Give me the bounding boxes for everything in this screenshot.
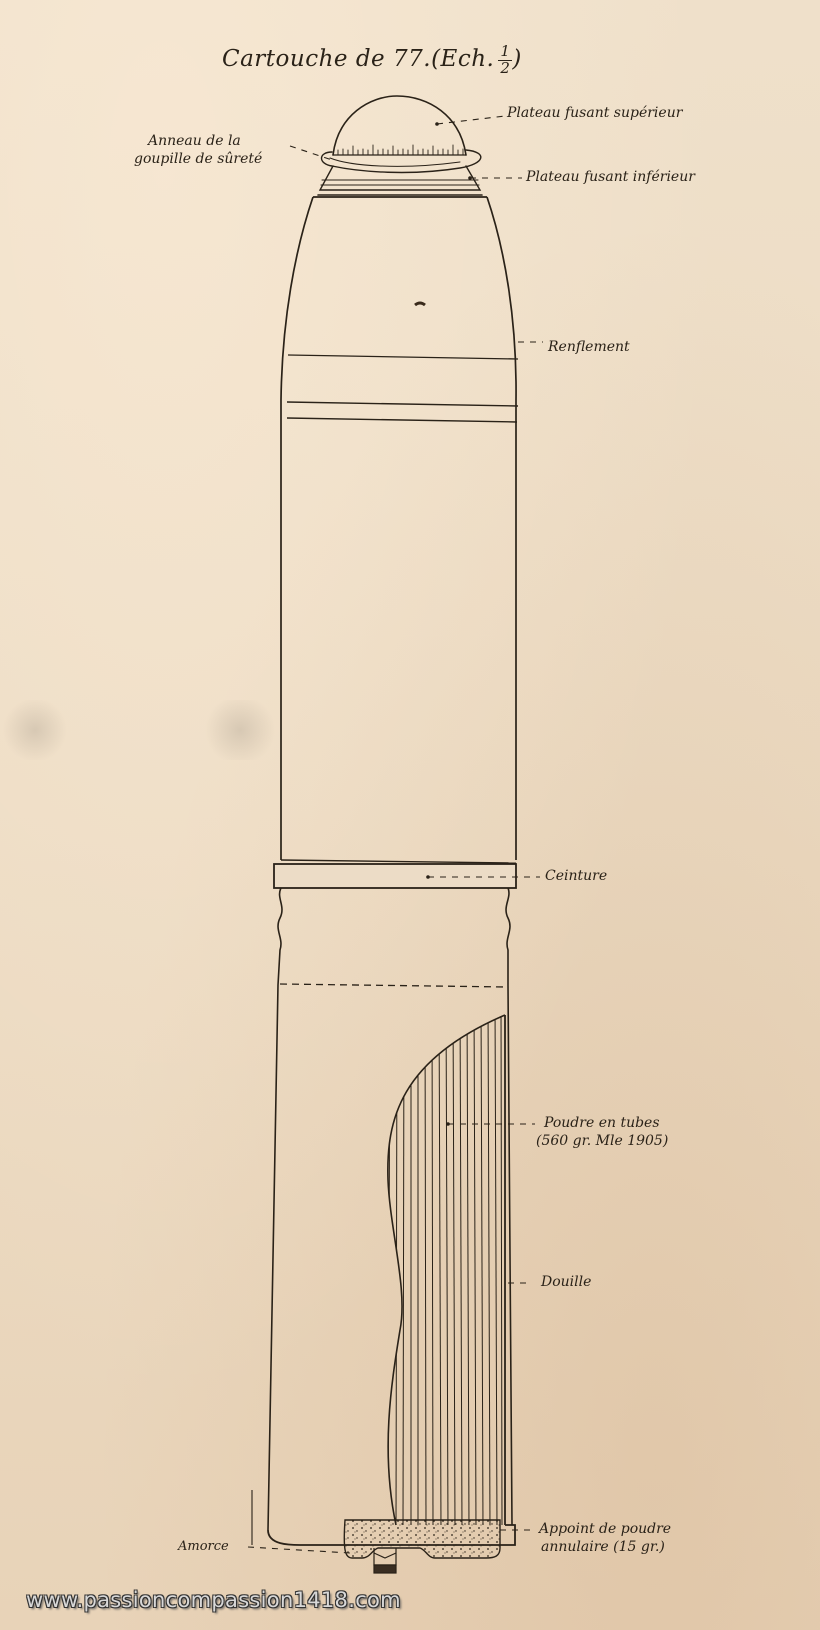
scale-fraction: 12 [498, 44, 512, 76]
label-douille: Douille [541, 1275, 591, 1289]
label-appoint-line1: Appoint de poudre [539, 1522, 671, 1536]
label-appoint-line2: annulaire (15 gr.) [541, 1540, 665, 1554]
label-plateau-superieur: Plateau fusant supérieur [507, 106, 682, 120]
scale-denominator: 2 [498, 61, 512, 76]
label-renflement: Renflement [548, 340, 630, 354]
label-amorce: Amorce [178, 1540, 229, 1553]
driving-band [274, 860, 516, 888]
label-poudre-line1: Poudre en tubes [544, 1116, 660, 1130]
label-anneau-line2: goupille de sûreté [134, 152, 262, 166]
label-anneau-line1: Anneau de la [148, 134, 241, 148]
label-plateau-inferieur: Plateau fusant inférieur [526, 170, 695, 184]
label-ceinture: Ceinture [545, 869, 607, 883]
scale-prefix: (Ech. [431, 46, 494, 72]
label-poudre-line2: (560 gr. Mle 1905) [536, 1134, 668, 1148]
watermark: www.passioncompassion1418.com [26, 1588, 401, 1612]
cartridge-drawing [0, 0, 820, 1630]
primer [374, 1548, 396, 1573]
scale-suffix: ) [512, 46, 521, 72]
leader-lines [248, 116, 543, 1553]
fuse [318, 96, 482, 195]
page-title: Cartouche de 77.(Ech.12) [222, 44, 522, 76]
graduation-ticks [338, 145, 463, 155]
annular-powder [344, 1520, 500, 1558]
title-text: Cartouche de 77. [222, 46, 431, 72]
safety-pin-ring [322, 150, 481, 172]
shell-body [281, 197, 518, 860]
